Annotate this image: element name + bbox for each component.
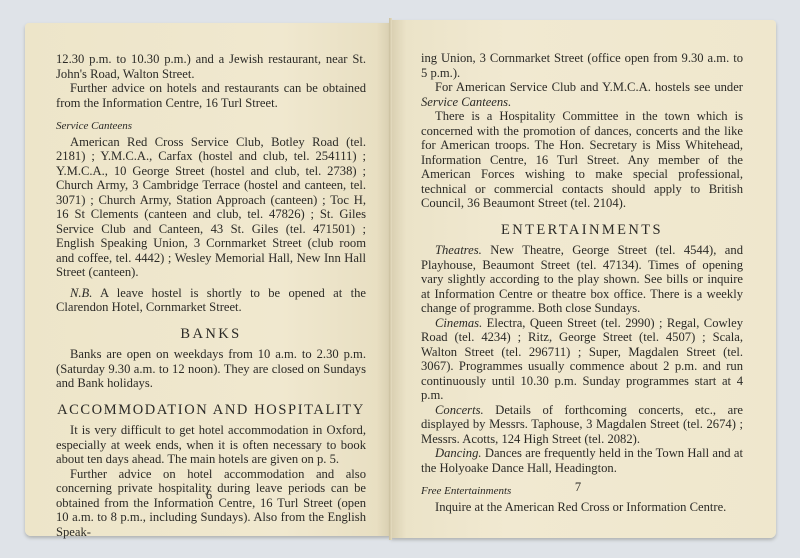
restaurants-continued: 12.30 p.m. to 10.30 p.m.) and a Jewish r… (56, 52, 366, 81)
entertainments-heading: ENTERTAINMENTS (421, 223, 743, 238)
hostels-reference: For American Service Club and Y.M.C.A. h… (421, 80, 743, 109)
hostels-text: For American Service Club and Y.M.C.A. h… (435, 80, 743, 94)
page-number-left: 6 (199, 488, 219, 503)
service-canteens-list: American Red Cross Service Club, Botley … (56, 135, 366, 280)
accommodation-text-1: It is very difficult to get hotel accomm… (56, 423, 366, 467)
accommodation-heading: ACCOMMODATION AND HOSPITALITY (56, 403, 366, 418)
service-canteens-ref: Service Canteens. (421, 95, 511, 109)
nb-label: N.B. (70, 286, 92, 300)
concerts-entry: Concerts. Details of forthcoming concert… (421, 403, 743, 447)
page-number-right: 7 (568, 480, 588, 495)
nb-note: N.B. A leave hostel is shortly to be ope… (56, 286, 366, 315)
theatres-label: Theatres. (435, 243, 482, 257)
esu-continued: ing Union, 3 Cornmarket Street (office o… (421, 51, 743, 80)
concerts-label: Concerts. (435, 403, 484, 417)
dancing-label: Dancing. (435, 446, 482, 460)
hospitality-committee: There is a Hospitality Committee in the … (421, 109, 743, 211)
left-page-text: 12.30 p.m. to 10.30 p.m.) and a Jewish r… (56, 52, 366, 539)
nb-text: A leave hostel is shortly to be opened a… (56, 286, 366, 315)
book-spine (389, 18, 392, 540)
cinemas-label: Cinemas. (435, 316, 482, 330)
banks-text: Banks are open on weekdays from 10 a.m. … (56, 347, 366, 391)
further-advice-restaurants: Further advice on hotels and restaurants… (56, 81, 366, 110)
banks-heading: BANKS (56, 327, 366, 342)
free-entertainments-text: Inquire at the American Red Cross or Inf… (421, 500, 743, 515)
cinemas-entry: Cinemas. Electra, Queen Street (tel. 299… (421, 316, 743, 403)
right-page-text: ing Union, 3 Cornmarket Street (office o… (421, 51, 743, 514)
theatres-entry: Theatres. New Theatre, George Street (te… (421, 243, 743, 316)
dancing-entry: Dancing. Dances are frequently held in t… (421, 446, 743, 475)
service-canteens-heading: Service Canteens (56, 119, 366, 134)
